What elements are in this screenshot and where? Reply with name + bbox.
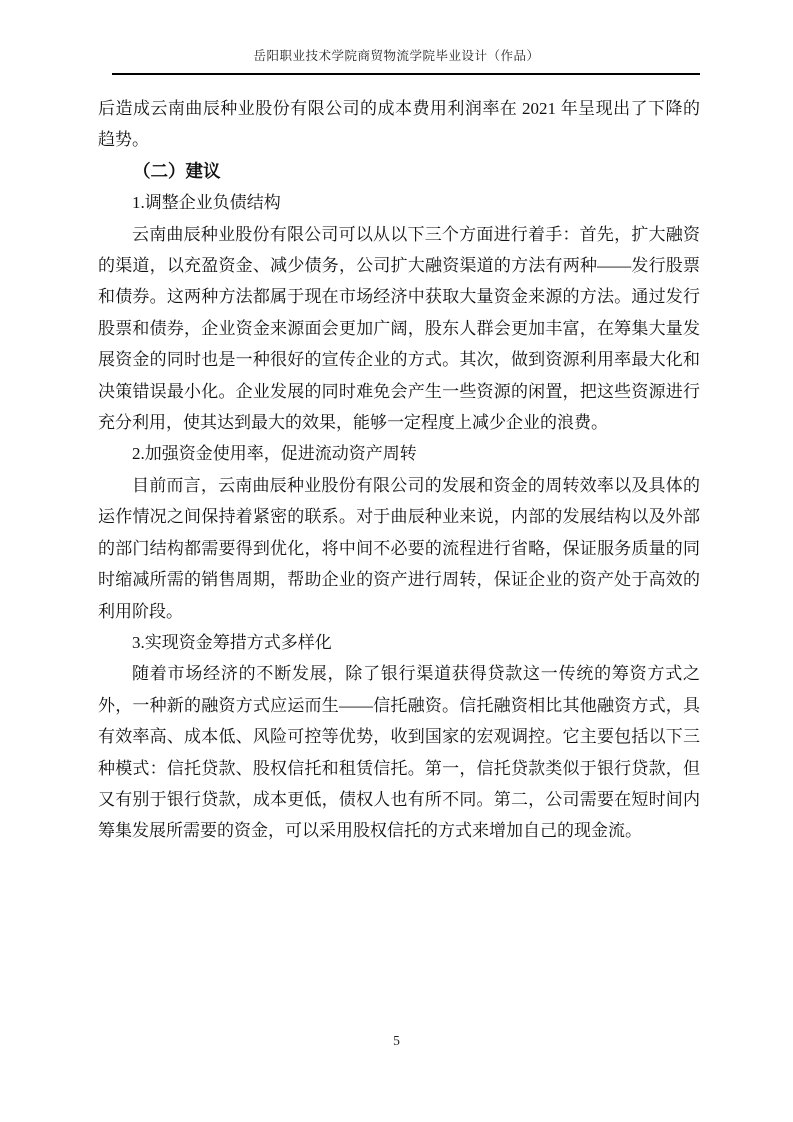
subsection-heading-3: 3.实现资金筹措方式多样化 [98, 627, 700, 658]
subsection-heading-1: 1.调整企业负债结构 [98, 187, 700, 218]
header-title: 岳阳职业技术学院商贸物流学院毕业设计（作品） [0, 46, 793, 64]
subsection-paragraph-2: 目前而言，云南曲辰种业股份有限公司的发展和资金的周转效率以及具体的运作情况之间保… [98, 470, 700, 627]
subsection-paragraph-1: 云南曲辰种业股份有限公司可以从以下三个方面进行着手：首先，扩大融资的渠道，以充盈… [98, 219, 700, 439]
document-body: 后造成云南曲辰种业股份有限公司的成本费用利润率在 2021 年呈现出了下降的趋势… [98, 93, 700, 847]
subsection-heading-2: 2.加强资金使用率，促进流动资产周转 [98, 438, 700, 469]
subsection-paragraph-3: 随着市场经济的不断发展，除了银行渠道获得贷款这一传统的筹资方式之外，一种新的融资… [98, 658, 700, 846]
page-number: 5 [0, 1033, 793, 1049]
section-heading-suggestions: （二）建议 [98, 156, 700, 187]
document-page: 岳阳职业技术学院商贸物流学院毕业设计（作品） 后造成云南曲辰种业股份有限公司的成… [0, 0, 793, 1122]
header-rule [112, 73, 700, 75]
paragraph-intro-continuation: 后造成云南曲辰种业股份有限公司的成本费用利润率在 2021 年呈现出了下降的趋势… [98, 93, 700, 156]
